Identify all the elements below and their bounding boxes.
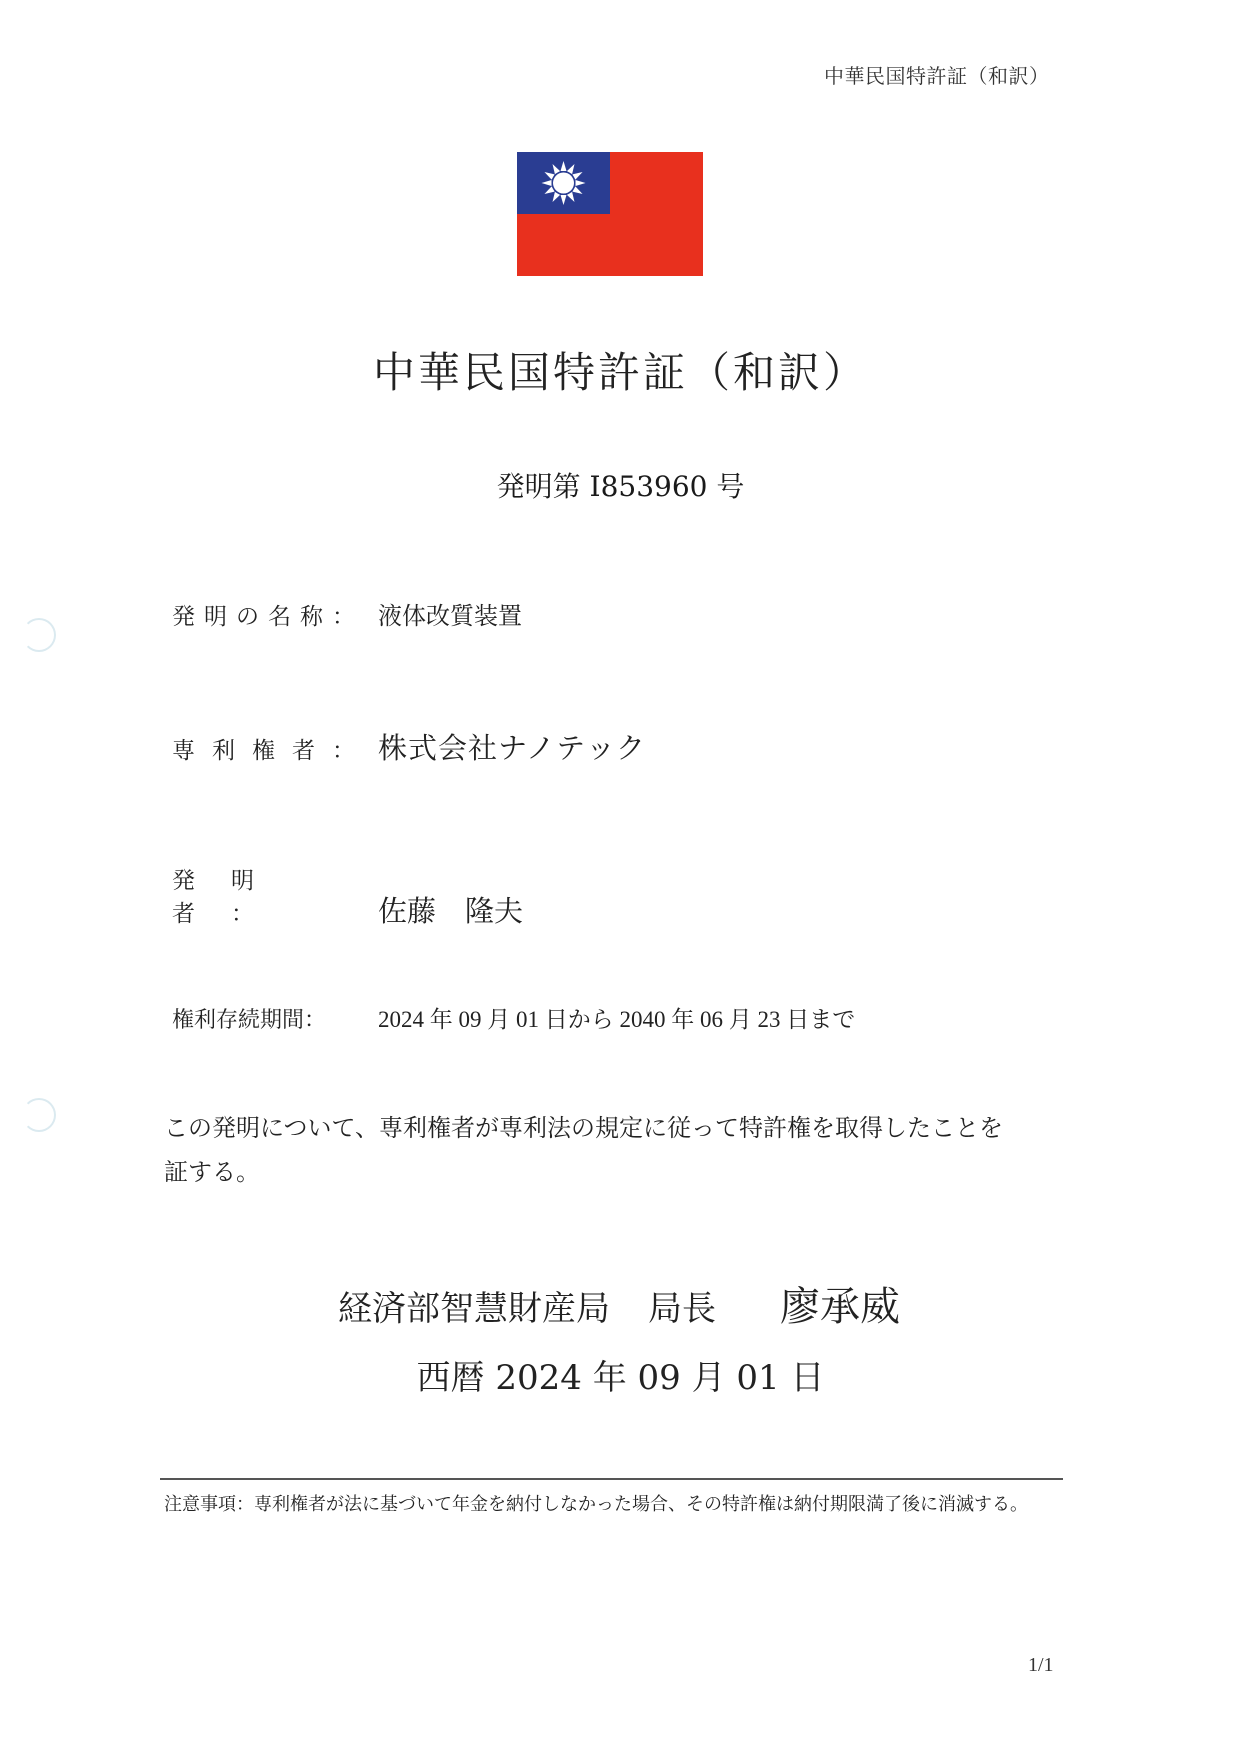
issue-date: 西暦 2024 年 09 月 01 日 <box>0 1350 1241 1399</box>
roc-flag-icon <box>517 152 703 276</box>
signature-block: 経済部智慧財産局局長廖承威 <box>338 1275 900 1332</box>
certification-line-2: 証する。 <box>164 1150 1064 1194</box>
field-label: 権利存続期間： <box>172 1003 378 1034</box>
field-value: 液体改質装置 <box>378 596 522 631</box>
certificate-title: 中華民国特許証（和訳） <box>0 340 1241 400</box>
punch-hole-mark <box>22 1098 56 1132</box>
field-label: 専利権者： <box>172 732 378 765</box>
field-label: 発明者： <box>172 862 378 928</box>
header-note: 中華民国特許証（和訳） <box>824 60 1050 89</box>
field-term: 権利存続期間：2024 年 09 月 01 日から 2040 年 06 月 23… <box>172 1001 855 1034</box>
field-patentee: 専利権者：株式会社ナノテック <box>172 726 646 767</box>
signatory-name: 廖承威 <box>780 1284 900 1330</box>
footnote: 注意事項：専利権者が法に基づいて年金を納付しなかった場合、その特許権は納付期限満… <box>164 1490 1028 1516</box>
field-invention-name: 発明の名称：液体改質装置 <box>172 596 522 631</box>
certification-statement: この発明について、専利権者が専利法の規定に従って特許権を取得したことを 証する。 <box>164 1106 1064 1194</box>
certification-line-1: この発明について、専利権者が専利法の規定に従って特許権を取得したことを <box>164 1106 1064 1150</box>
punch-hole-mark <box>22 618 56 652</box>
patent-number: 発明第 I853960 号 <box>0 465 1241 505</box>
issuing-office: 経済部智慧財産局 <box>338 1289 610 1329</box>
field-value: 2024 年 09 月 01 日から 2040 年 06 月 23 日まで <box>378 1001 855 1034</box>
footnote-divider <box>160 1478 1063 1480</box>
field-label: 発明の名称： <box>172 598 378 631</box>
field-value: 株式会社ナノテック <box>378 726 646 767</box>
signatory-role: 局長 <box>648 1289 716 1329</box>
field-value: 佐藤 隆夫 <box>378 889 523 930</box>
field-inventor: 発明者：佐藤 隆夫 <box>172 862 523 930</box>
page-number: 1/1 <box>1028 1654 1054 1677</box>
